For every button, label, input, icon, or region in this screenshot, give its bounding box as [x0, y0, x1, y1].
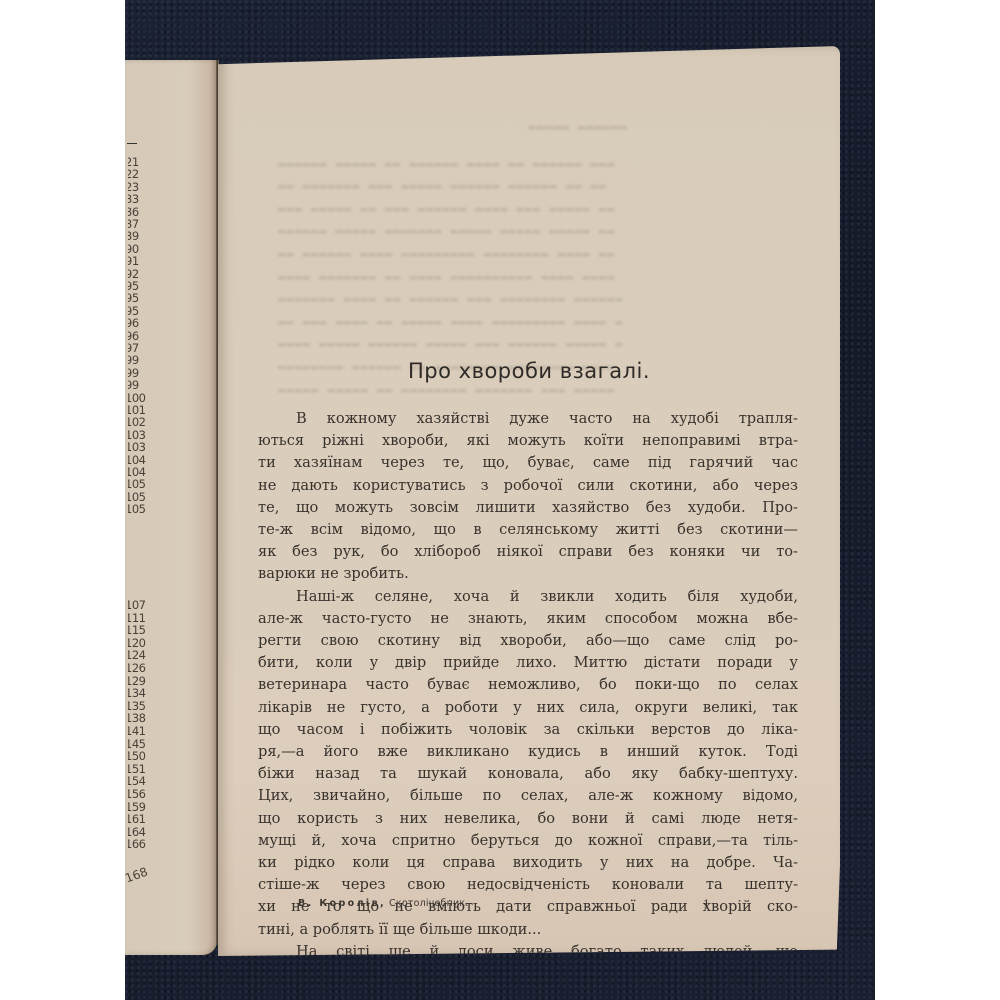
left-page-number: 156: [125, 789, 145, 801]
text-line: ки рідко коли ця справа виходить у них н…: [258, 852, 798, 874]
left-page-number: 107: [125, 600, 145, 612]
footer-book-title: Скотолічебник.: [389, 898, 469, 909]
text-line: біжи назад та шукай коновала, або яку ба…: [258, 763, 798, 785]
text-line: регти свою скотину від хвороби, або—що с…: [258, 630, 798, 652]
text-line: те, що можуть зовсім лишити хазяйство бе…: [258, 497, 798, 519]
chapter-title: Про хвороби взагалі.: [218, 359, 840, 383]
left-page-number: 101: [125, 405, 145, 417]
left-page-number: 164: [125, 827, 145, 839]
left-page-number: 104: [125, 455, 145, 467]
text-line: варюки не зробить.: [258, 563, 798, 585]
left-page-number: 159: [125, 802, 145, 814]
text-line: Наші-ж селяне, хоча й звикли ходить біля…: [258, 586, 798, 608]
left-page: 2122233336373990919295959596969799999910…: [125, 60, 217, 955]
left-page-number: 100: [125, 393, 145, 405]
left-page-number: 141: [125, 726, 145, 738]
text-line: мущі й, хоча спритно беруться до кожної …: [258, 830, 798, 852]
left-page-number: 104: [125, 467, 145, 479]
left-page-number: 138: [125, 713, 145, 725]
text-line: стіше-ж через свою недосвідченість конов…: [258, 874, 798, 896]
left-page-number: 99: [125, 355, 139, 367]
text-line: ря,—а його вже викликано кудись в инший …: [258, 741, 798, 763]
left-page-number: 22: [125, 169, 139, 181]
left-page-number: 111: [125, 613, 145, 625]
left-page-number: 134: [125, 688, 145, 700]
left-page-bottom-number: 168: [123, 865, 149, 886]
footer-author: В. Королів,: [298, 898, 386, 909]
left-page-number: 154: [125, 776, 145, 788]
left-page-number: 37: [125, 219, 139, 231]
text-line: не дають користуватись з робочої сили ск…: [258, 475, 798, 497]
text-line: Цих, звичайно, більше по селах, але-ж ко…: [258, 785, 798, 807]
right-page: ▬▬▬▬▬ ▬▬▬▬▬▬ ▬▬▬▬▬▬ ▬▬▬▬▬ ▬▬ ▬▬▬▬▬▬ ▬▬▬▬…: [218, 46, 840, 956]
text-line: що користь з них невелика, бо вони й сам…: [258, 808, 798, 830]
left-page-number: 99: [125, 368, 139, 380]
text-line: але-ж часто-густо не знають, яким способ…: [258, 608, 798, 630]
text-line: те-ж всім відомо, що в селянському житті…: [258, 519, 798, 541]
left-page-number: 90: [125, 244, 139, 256]
text-line: що часом і побіжить чоловік за скільки в…: [258, 719, 798, 741]
left-page-number: 95: [125, 306, 139, 318]
left-page-number: 126: [125, 663, 145, 675]
left-page-number: 36: [125, 207, 139, 219]
text-line: як без рук, бо хлібороб ніякої справи бе…: [258, 541, 798, 563]
left-page-number: 115: [125, 625, 145, 637]
left-page-number: 166: [125, 839, 145, 851]
text-line: лікарів не густо, а роботи у них сила, о…: [258, 697, 798, 719]
page-footer: В. Королів, Скотолічебник.: [298, 898, 738, 909]
left-page-number: 161: [125, 814, 145, 826]
left-page-number: 33: [125, 194, 139, 206]
left-page-number: 129: [125, 676, 145, 688]
text-line: В кожному хазяйстві дуже часто на худобі…: [258, 408, 798, 430]
left-page-number: 120: [125, 638, 145, 650]
left-page-number: 99: [125, 380, 139, 392]
left-page-number: 105: [125, 504, 145, 516]
left-page-number: 151: [125, 764, 145, 776]
left-page-number: 91: [125, 256, 139, 268]
left-page-number: 150: [125, 751, 145, 763]
left-page-number: 124: [125, 650, 145, 662]
text-line: ються ріжні хвороби, які можуть коїти не…: [258, 430, 798, 452]
left-page-number: 97: [125, 343, 139, 355]
text-line: бити, коли у двір прийде лихо. Миттю діс…: [258, 652, 798, 674]
left-page-number: 105: [125, 492, 145, 504]
left-page-number: 96: [125, 331, 139, 343]
left-page-dash: [127, 143, 137, 144]
page-number: 1: [703, 898, 710, 911]
left-page-number: 39: [125, 231, 139, 243]
left-page-number: 95: [125, 293, 139, 305]
left-page-number: 145: [125, 739, 145, 751]
left-page-number: 95: [125, 281, 139, 293]
left-page-number: 102: [125, 417, 145, 429]
text-line: ветеринара часто буває неможливо, бо пок…: [258, 674, 798, 696]
left-page-number: 105: [125, 479, 145, 491]
left-page-number: 103: [125, 442, 145, 454]
text-line: тині, а роблять її ще більше шкоди...: [258, 919, 798, 941]
left-page-number: 96: [125, 318, 139, 330]
left-page-number: 92: [125, 269, 139, 281]
left-page-number: 135: [125, 701, 145, 713]
left-page-number: 103: [125, 430, 145, 442]
left-page-number: 23: [125, 182, 139, 194]
text-line: ти хазяїнам через те, що, буває, саме пі…: [258, 452, 798, 474]
left-page-number: 21: [125, 157, 139, 169]
